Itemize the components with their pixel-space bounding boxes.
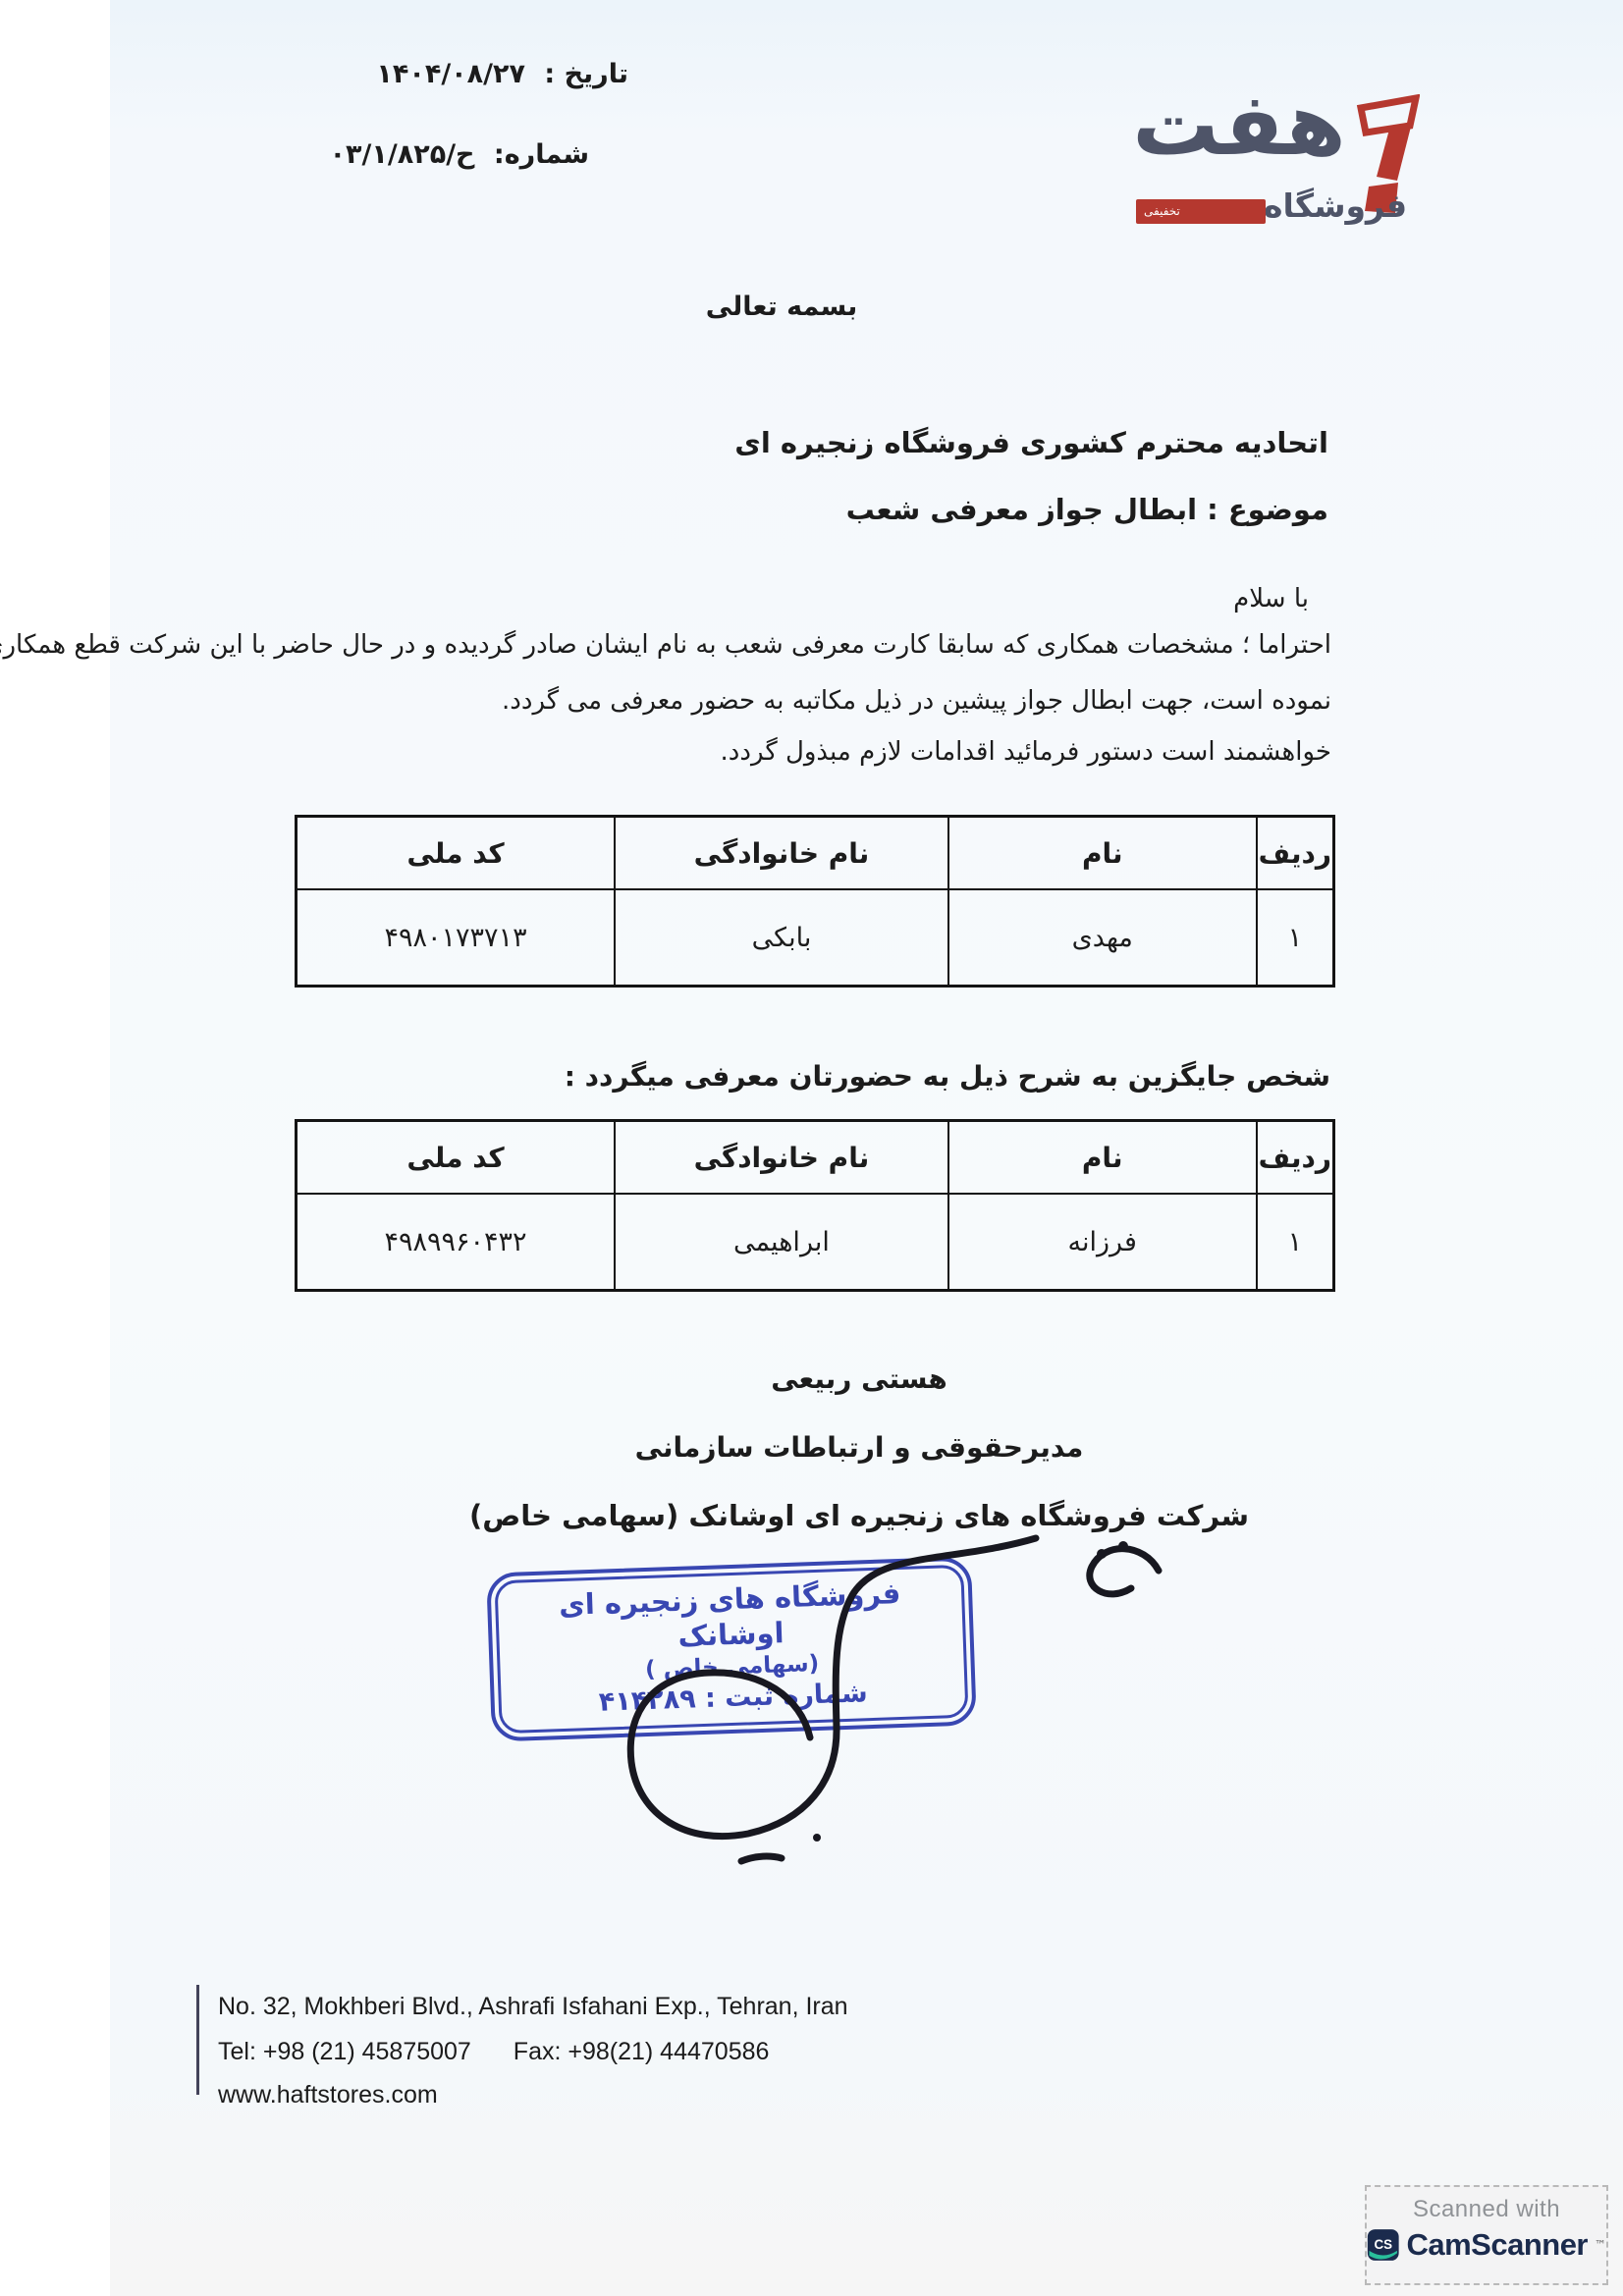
body-line-1: احتراما ؛ مشخصات همکاری که سابقا کارت مع…: [0, 630, 1331, 660]
handwritten-signature: [520, 1517, 1188, 1988]
col-row-number: ردیف: [1257, 1121, 1334, 1195]
camscanner-scanned-with: Scanned with: [1367, 2196, 1606, 2223]
body-line-2: نموده است، جهت ابطال جواز پیشین در ذیل م…: [502, 686, 1331, 716]
signer-title: مدیرحقوقی و ارتباطات سازمانی: [368, 1431, 1350, 1464]
cell-first-name: فرزانه: [948, 1194, 1257, 1291]
cell-last-name: بابکی: [615, 889, 948, 987]
cancelled-card-table: ردیف نام نام خانوادگی کد ملی ۱ مهدی بابک…: [295, 815, 1335, 988]
cell-national-id: ۴۹۸۰۱۷۳۷۱۳: [297, 889, 616, 987]
haft-logo-badge: تخفیفی: [1136, 199, 1266, 224]
camscanner-brand: CamScanner: [1406, 2227, 1588, 2263]
camscanner-trademark: ™: [1595, 2238, 1606, 2252]
col-last-name: نام خانوادگی: [615, 1121, 948, 1195]
camscanner-icon: CS: [1367, 2226, 1399, 2264]
date-label: تاریخ :: [544, 59, 628, 89]
scanned-letter-page: تاریخ : ۱۴۰۴/۰۸/۲۷ شماره: ۰۳/۱/ح/۸۲۵ هفت…: [0, 0, 1623, 2296]
camscanner-badge: Scanned with CS CamScanner™: [1365, 2185, 1608, 2285]
footer-divider: [196, 1985, 199, 2095]
footer-website: www.haftstores.com: [218, 2081, 438, 2109]
footer-phone-line: Tel: +98 (21) 45875007 Fax: +98(21) 4447…: [218, 2038, 769, 2066]
footer-address: No. 32, Mokhberi Blvd., Ashrafi Isfahani…: [218, 1993, 848, 2021]
col-first-name: نام: [948, 817, 1257, 890]
cell-national-id: ۴۹۸۹۹۶۰۴۳۲: [297, 1194, 616, 1291]
cell-first-name: مهدی: [948, 889, 1257, 987]
col-national-id: کد ملی: [297, 1121, 616, 1195]
cell-last-name: ابراهیمی: [615, 1194, 948, 1291]
table-row: ۱ مهدی بابکی ۴۹۸۰۱۷۳۷۱۳: [297, 889, 1334, 987]
col-row-number: ردیف: [1257, 817, 1334, 890]
col-national-id: کد ملی: [297, 817, 616, 890]
subject-line: موضوع : ابطال جواز معرفی شعب: [846, 493, 1328, 526]
letter-number: شماره: ۰۳/۱/ح/۸۲۵: [330, 139, 589, 170]
footer-fax: Fax: +98(21) 44470586: [514, 2038, 770, 2065]
date-value: ۱۴۰۴/۰۸/۲۷: [376, 59, 525, 89]
replacement-intro: شخص جایگزین به شرح ذیل به حضورتان معرفی …: [565, 1060, 1330, 1093]
cell-row-number: ۱: [1257, 889, 1334, 987]
haft-logo-wordmark: هفت: [1125, 75, 1353, 174]
haft-logo-subtitle: فروشگاه: [1264, 187, 1407, 225]
footer-tel: Tel: +98 (21) 45875007: [218, 2038, 471, 2065]
camscanner-icon-text: CS: [1374, 2237, 1392, 2252]
number-value: ۰۳/۱/ح/۸۲۵: [330, 139, 475, 170]
table-row: ۱ فرزانه ابراهیمی ۴۹۸۹۹۶۰۴۳۲: [297, 1194, 1334, 1291]
replacement-person-table: ردیف نام نام خانوادگی کد ملی ۱ فرزانه اب…: [295, 1119, 1335, 1292]
number-label: شماره:: [494, 139, 589, 170]
col-first-name: نام: [948, 1121, 1257, 1195]
col-last-name: نام خانوادگی: [615, 817, 948, 890]
addressee-line: اتحادیه محترم کشوری فروشگاه زنجیره ای: [734, 426, 1328, 459]
table-header-row: ردیف نام نام خانوادگی کد ملی: [297, 817, 1334, 890]
camscanner-brand-row: CS CamScanner™: [1367, 2226, 1606, 2264]
salutation: با سلام: [1233, 584, 1309, 614]
besmeh-taali: بسمه تعالی: [0, 292, 1563, 322]
body-line-3: خواهشمند است دستور فرمائید اقدامات لازم …: [721, 737, 1331, 767]
cell-row-number: ۱: [1257, 1194, 1334, 1291]
table-header-row: ردیف نام نام خانوادگی کد ملی: [297, 1121, 1334, 1195]
haft-logo-badge-label: تخفیفی: [1144, 204, 1180, 218]
letter-date: تاریخ : ۱۴۰۴/۰۸/۲۷: [376, 59, 628, 89]
signer-name: هستی ربیعی: [368, 1362, 1350, 1395]
